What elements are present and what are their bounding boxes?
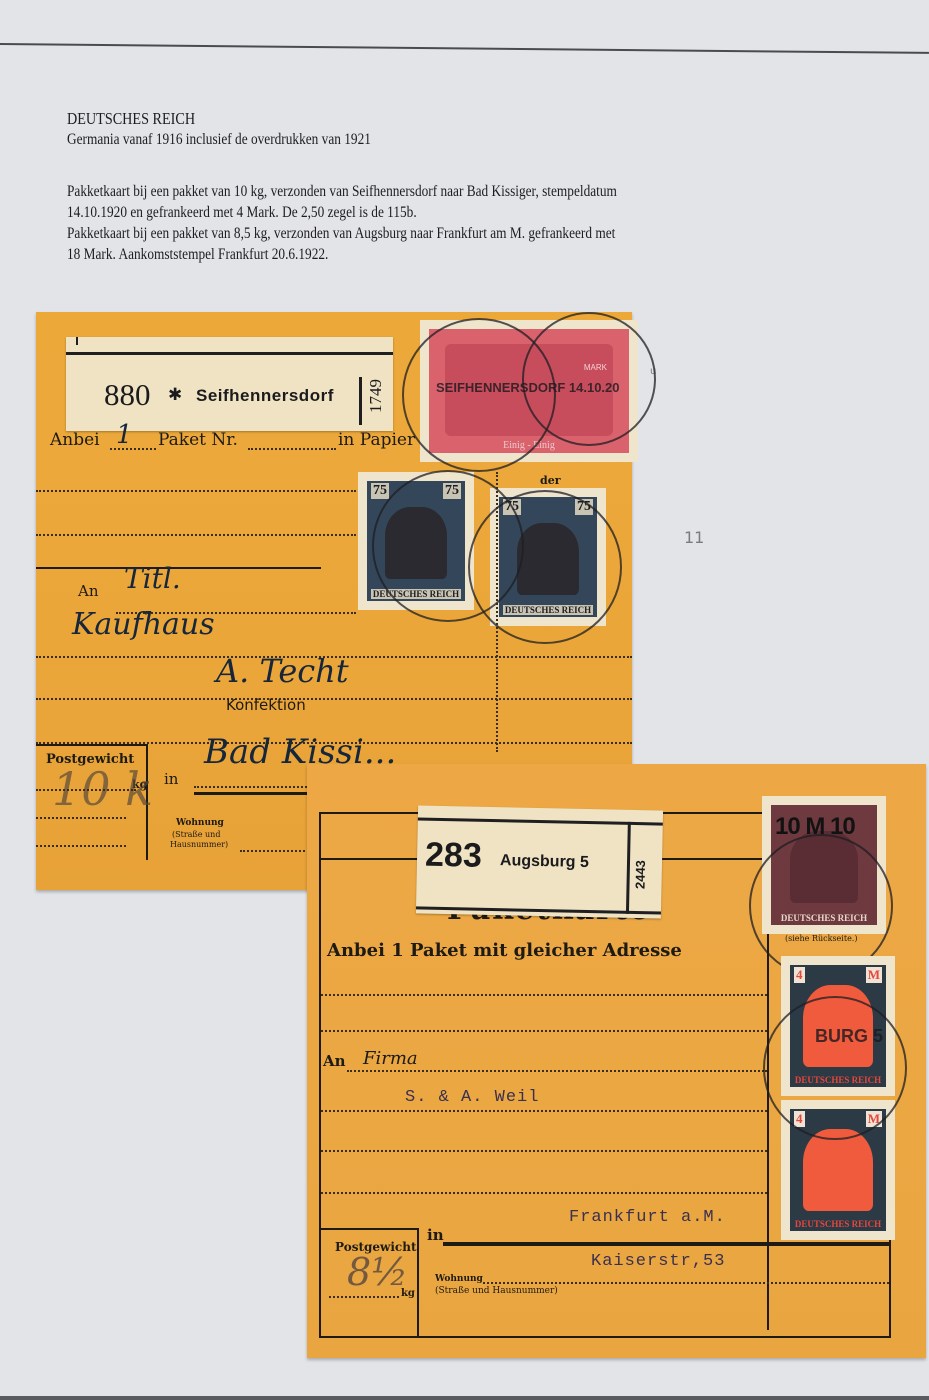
description: Pakketkaart bij een pakket van 10 kg, ve… [67, 181, 884, 265]
form-der: der [540, 474, 561, 487]
stamp-surcharge: 10 M 10 [775, 813, 855, 841]
stamp-inner: 4 M DEUTSCHES REICH [790, 1109, 886, 1231]
stamp-value: 75 [575, 499, 593, 515]
stamp-value: M [866, 967, 882, 983]
stamp-mark-text: MARK [584, 363, 607, 372]
postmark-text: SEIFHENNERSDORF 14.10.20 [436, 380, 620, 395]
stamp-caption: DEUTSCHES REICH [503, 605, 593, 615]
stamp-value: 4 [794, 1111, 805, 1127]
handwritten-line: Kaufhaus [72, 607, 215, 642]
dotted-line [36, 534, 356, 536]
label-rule [418, 817, 663, 825]
form-anbei-line: Anbei 1 Paket mit gleicher Adresse [327, 940, 682, 961]
label-rule [66, 352, 393, 355]
description-line: Pakketkaart bij een pakket van 8,5 kg, v… [67, 223, 884, 244]
rule-line [194, 792, 319, 795]
form-in-papier: in Papier [338, 430, 415, 450]
form-wohnung-sub: Hausnummer) [170, 840, 228, 849]
dotted-line [321, 1150, 767, 1152]
label-number: 283 [425, 836, 483, 876]
box-top [36, 744, 146, 746]
label-tick [76, 337, 78, 345]
stamp-inner: 10 M 10 DEUTSCHES REICH [771, 805, 877, 925]
form-an: An [323, 1052, 346, 1070]
parcel-label: 880 ✱ Seifhennersdorf 1749 [66, 337, 393, 431]
germania-figure [790, 831, 858, 903]
label-number: 880 [104, 377, 151, 413]
dotted-line [110, 448, 156, 450]
description-line: 14.10.1920 en gefrankeerd met 4 Mark. De… [67, 202, 884, 223]
dotted-line [347, 1070, 767, 1072]
stamp-germania-75: 75 75 DEUTSCHES REICH [358, 472, 474, 610]
frame-bottom [319, 1336, 891, 1338]
dotted-line [248, 448, 336, 450]
handwritten-line: A. Techt [216, 652, 349, 690]
dotted-line [36, 490, 356, 492]
handwritten-line: Titl. [124, 562, 181, 595]
dotted-line [321, 1110, 767, 1112]
dotted-line [194, 786, 314, 788]
dotted-line [321, 994, 767, 996]
germania-figure [385, 507, 448, 579]
stamp-inner: 75 75 DEUTSCHES REICH [367, 481, 465, 601]
form-konfektion: Konfektion [226, 696, 306, 714]
frame-left [319, 812, 321, 1338]
label-place: Augsburg 5 [500, 852, 589, 872]
stamp-germania-4m: 4 M DEUTSCHES REICH [781, 1100, 895, 1240]
form-wohnung: Wohnung [435, 1274, 483, 1284]
typed-recipient: S. & A. Weil [405, 1088, 539, 1107]
box-top [319, 1228, 417, 1230]
parcel-card-augsburg: Paketkarte 283 Augsburg 5 2443 Anbei 1 P… [307, 764, 926, 1358]
form-in: in [164, 770, 178, 788]
stamp-caption: Einig - Einig [429, 440, 629, 451]
label-divider [359, 377, 362, 425]
stamp-germania-75: 75 75 DEUTSCHES REICH [490, 488, 606, 626]
form-paket-nr: Paket Nr. [158, 430, 238, 450]
form-kg: kg [401, 1288, 415, 1299]
page-edge-line [0, 43, 929, 54]
label-rule [416, 906, 661, 914]
page-subtitle: Germania vanaf 1916 inclusief de overdru… [67, 129, 772, 150]
stamp-caption: DEUTSCHES REICH [771, 913, 877, 923]
star-icon: ✱ [168, 385, 182, 405]
stamp-caption: DEUTSCHES REICH [371, 589, 461, 599]
typed-street: Kaiserstr,53 [591, 1252, 725, 1271]
form-in: in [427, 1226, 444, 1244]
dotted-divider [496, 472, 498, 752]
dotted-line [321, 1030, 767, 1032]
handwritten-weight: 8½ [347, 1250, 408, 1294]
stamp-germania-overprint-10m: 10 M 10 DEUTSCHES REICH [762, 796, 886, 934]
form-wohnung: Wohnung [176, 818, 224, 828]
stamp-inner: 75 75 DEUTSCHES REICH [499, 497, 597, 617]
description-line: Pakketkaart bij een pakket van 10 kg, ve… [67, 181, 884, 202]
parcel-label: 283 Augsburg 5 2443 [416, 805, 663, 918]
stamp-caption: DEUTSCHES REICH [790, 1219, 886, 1229]
dotted-line [36, 817, 126, 819]
form-firma: Firma [363, 1048, 418, 1069]
typed-city: Frankfurt a.M. [569, 1208, 726, 1227]
germania-figure [517, 523, 580, 595]
dotted-line [329, 1296, 399, 1298]
form-wohnung-sub: (Straße und Hausnummer) [435, 1286, 558, 1296]
form-an: An [78, 582, 99, 600]
dotted-line [36, 698, 632, 700]
germania-figure [803, 1129, 872, 1212]
dotted-line [240, 850, 316, 852]
postmark-text: BURG 5 [815, 1026, 883, 1047]
dotted-line [36, 845, 126, 847]
description-line: 18 Mark. Aankomststempel Frankfurt 20.6.… [67, 244, 884, 265]
stamp-value: 75 [503, 499, 521, 515]
label-divider [626, 822, 631, 914]
page-edge-line [0, 1396, 929, 1400]
dotted-line [36, 789, 136, 791]
rule-line [443, 1242, 889, 1246]
handwritten-count: 1 [116, 420, 133, 450]
stamp-value: 75 [371, 483, 389, 499]
form-wohnung-sub: (Straße und [172, 830, 220, 839]
page-title: DEUTSCHES REICH [67, 108, 772, 129]
page-header: DEUTSCHES REICH Germania vanaf 1916 incl… [67, 108, 772, 265]
stamp-value: 4 [794, 967, 805, 983]
pencil-note: u [650, 366, 656, 377]
stamp-value: 75 [443, 483, 461, 499]
form-anbei: Anbei [50, 430, 100, 450]
label-place: Seifhennersdorf [196, 386, 334, 406]
form-rueckseite: (siehe Rückseite.) [785, 934, 857, 943]
dotted-line [321, 1192, 767, 1194]
stamp-value: M [866, 1111, 882, 1127]
stamp-caption: DEUTSCHES REICH [790, 1075, 886, 1085]
dotted-line [483, 1282, 889, 1284]
pencil-note: 11 [684, 528, 704, 547]
label-code: 2443 [632, 860, 648, 889]
box-right [417, 1228, 419, 1338]
label-code: 1749 [366, 379, 386, 413]
